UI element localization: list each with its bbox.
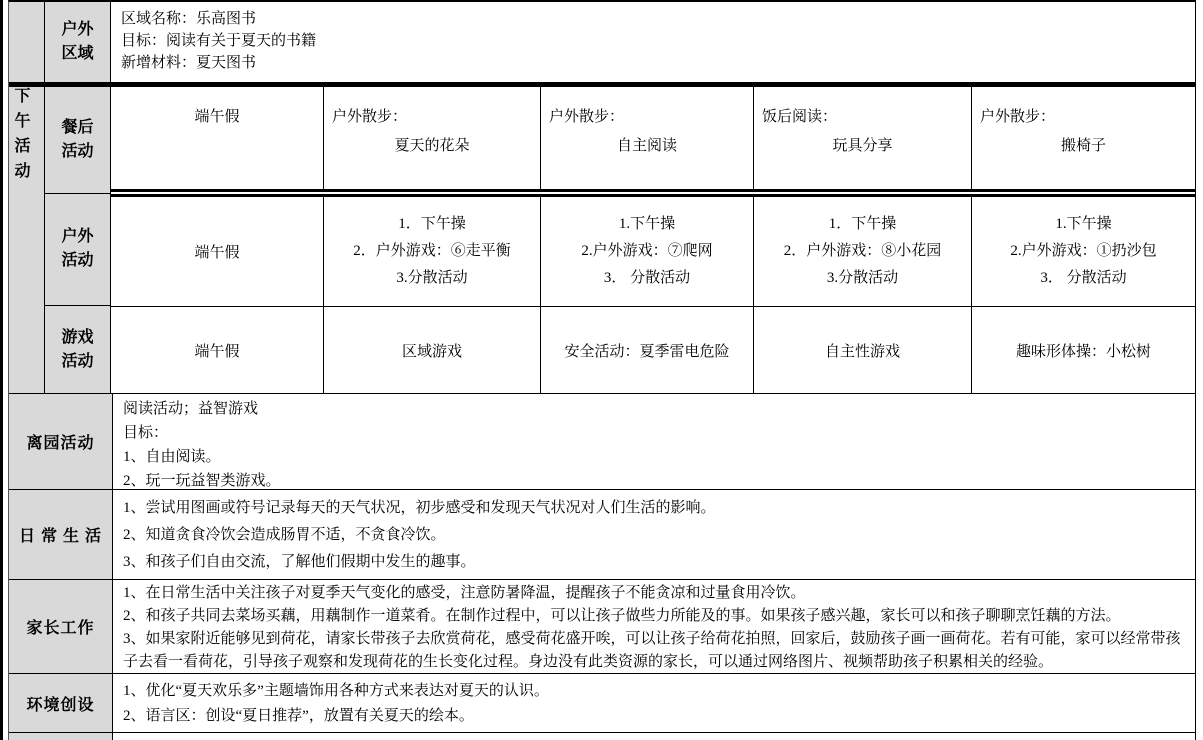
cell-text: 3.分散活动 <box>754 265 971 292</box>
environment-content: 1、优化“夏天欢乐多”主题墙饰用各种方式来表达对夏天的认识。 2、语言区：创设“… <box>113 674 1195 732</box>
parent-work-label: 家长工作 <box>9 580 113 673</box>
environment-label: 环境创设 <box>9 674 113 732</box>
text-line: 2、语言区：创设“夏日推荐”，放置有关夏天的绘本。 <box>123 704 1185 729</box>
label-line: 游戏 <box>61 326 93 350</box>
games-row: 端午假 区域游戏 安全活动：夏季雷电危险 自主性游戏 趣味形体操：小松树 <box>111 307 1195 394</box>
text-line: 目标：阅读有关于夏天的书籍 <box>121 30 1185 52</box>
cell-text: 饭后阅读： <box>754 105 971 126</box>
outdoor-cell-2: 1．下午操 2．户外游戏：⑥走平衡 3.分散活动 <box>324 197 541 306</box>
cell-text: 趣味形体操：小松树 <box>1016 340 1151 361</box>
label-line: 户外 <box>61 225 93 249</box>
after-meal-cell-2: 户外散步： 夏天的花朵 <box>324 87 541 189</box>
parent-work-content: 1、在日常生活中关注孩子对夏季天气变化的感受，注意防暑降温，提醒孩子不能贪凉和过… <box>113 580 1195 673</box>
partial-next-row-content <box>113 733 1195 740</box>
outdoor-area-label: 户外 区域 <box>45 2 111 82</box>
cell-text: 1．下午操 <box>754 211 971 238</box>
daily-life-section: 日 常 生 活 1、尝试用图画或符号记录每天的天气状况，初步感受和发现天气状况对… <box>9 490 1195 580</box>
cell-text: 1.下午操 <box>541 211 753 238</box>
outdoor-cell-5: 1.下午操 2.户外游戏：①扔沙包 3． 分散活动 <box>972 197 1195 306</box>
games-cell-5: 趣味形体操：小松树 <box>972 307 1195 394</box>
daily-life-label: 日 常 生 活 <box>9 490 113 579</box>
cell-text: 2．户外游戏：⑧小花园 <box>754 238 971 265</box>
afternoon-row-labels: 餐后 活动 户外 活动 游戏 活动 <box>45 87 111 393</box>
games-activity-label: 游戏 活动 <box>45 306 110 393</box>
double-line-separator <box>111 189 1195 197</box>
cell-text: 自主性游戏 <box>825 340 900 361</box>
cell-text: 1．下午操 <box>324 211 540 238</box>
cell-text: 2．户外游戏：⑥走平衡 <box>324 238 540 265</box>
schedule-page: 户外 区域 区域名称：乐高图书 目标：阅读有关于夏天的书籍 新增材料：夏天图书 … <box>0 0 1203 740</box>
text-line: 目标： <box>123 421 1185 445</box>
cell-text: 2.户外游戏：⑦爬网 <box>541 238 753 265</box>
cell-text: 搬椅子 <box>972 134 1195 155</box>
cell-text: 端午假 <box>194 340 239 361</box>
daily-life-content: 1、尝试用图画或符号记录每天的天气状况，初步感受和发现天气状况对人们生活的影响。… <box>113 490 1195 579</box>
games-cell-2: 区域游戏 <box>324 307 541 394</box>
text-line: 区域名称：乐高图书 <box>121 8 1185 30</box>
text-line: 1、在日常生活中关注孩子对夏季天气变化的感受，注意防暑降温，提醒孩子不能贪凉和过… <box>123 582 1185 605</box>
cell-text: 夏天的花朵 <box>324 134 540 155</box>
outdoor-cell-3: 1.下午操 2.户外游戏：⑦爬网 3． 分散活动 <box>541 197 754 306</box>
text-line: 1、自由阅读。 <box>123 445 1185 469</box>
text-line: 1、尝试用图画或符号记录每天的天气状况，初步感受和发现天气状况对人们生活的影响。 <box>123 495 1185 522</box>
cell-text: 3． 分散活动 <box>541 265 753 292</box>
environment-section: 环境创设 1、优化“夏天欢乐多”主题墙饰用各种方式来表达对夏天的认识。 2、语言… <box>9 674 1195 733</box>
outdoor-activity-row: 端午假 1．下午操 2．户外游戏：⑥走平衡 3.分散活动 1.下午操 2.户外游… <box>111 197 1195 307</box>
after-meal-cell-1: 端午假 <box>111 87 324 189</box>
outdoor-area-label-line1: 户外 <box>61 18 93 42</box>
text-line: 3、和孩子们自由交流，了解他们假期中发生的趣事。 <box>123 549 1185 576</box>
cell-text: 安全活动：夏季雷电危险 <box>564 340 729 361</box>
leaving-activity-content: 阅读活动；益智游戏 目标： 1、自由阅读。 2、玩一玩益智类游戏。 <box>113 394 1195 489</box>
outdoor-area-row: 户外 区域 区域名称：乐高图书 目标：阅读有关于夏天的书籍 新增材料：夏天图书 <box>9 2 1195 82</box>
text-line: 阅读活动；益智游戏 <box>123 397 1185 421</box>
outdoor-area-label-line2: 区域 <box>61 42 93 66</box>
outdoor-activity-label: 户外 活动 <box>45 194 110 307</box>
label-line: 活动 <box>61 249 93 273</box>
cell-text: 玩具分享 <box>754 134 971 155</box>
schedule-table: 户外 区域 区域名称：乐高图书 目标：阅读有关于夏天的书籍 新增材料：夏天图书 … <box>8 0 1196 740</box>
cell-text: 区域游戏 <box>402 340 462 361</box>
parent-work-section: 家长工作 1、在日常生活中关注孩子对夏季天气变化的感受，注意防暑降温，提醒孩子不… <box>9 580 1195 674</box>
after-meal-cell-5: 户外散步： 搬椅子 <box>972 87 1195 189</box>
after-meal-label: 餐后 活动 <box>45 87 110 194</box>
cell-text: 2.户外游戏：①扔沙包 <box>972 238 1195 265</box>
text-line: 1、优化“夏天欢乐多”主题墙饰用各种方式来表达对夏天的认识。 <box>123 679 1185 704</box>
text-line: 3、如果家附近能够见到荷花，请家长带孩子去欣赏荷花，感受荷花盛开唉，可以让孩子给… <box>123 628 1185 674</box>
games-cell-1: 端午假 <box>111 307 324 394</box>
text-line: 2、和孩子共同去菜场买藕，用藕制作一道菜肴。在制作过程中，可以让孩子做些力所能及… <box>123 605 1185 628</box>
games-cell-4: 自主性游戏 <box>754 307 972 394</box>
leaving-activity-label: 离园活动 <box>9 394 113 489</box>
outdoor-cell-1: 端午假 <box>111 197 324 306</box>
cell-text: 端午假 <box>194 241 239 262</box>
cell-text: 3.分散活动 <box>324 265 540 292</box>
cell-text: 1.下午操 <box>972 211 1195 238</box>
cell-text: 户外散步： <box>972 105 1195 126</box>
cell-text: 端午假 <box>111 105 323 126</box>
cell-text: 户外散步： <box>541 105 753 126</box>
outdoor-area-content: 区域名称：乐高图书 目标：阅读有关于夏天的书籍 新增材料：夏天图书 <box>111 2 1195 82</box>
text-line: 新增材料：夏天图书 <box>121 52 1185 74</box>
after-meal-cell-4: 饭后阅读： 玩具分享 <box>754 87 972 189</box>
partial-next-row <box>9 733 1195 740</box>
text-line: 2、知道贪食冷饮会造成肠胃不适，不贪食冷饮。 <box>123 522 1185 549</box>
afternoon-activities-block: 下午活动 餐后 活动 户外 活动 游戏 活动 <box>9 87 1195 394</box>
label-line: 活动 <box>61 350 93 374</box>
partial-next-row-label <box>9 733 113 740</box>
outdoor-cell-4: 1．下午操 2．户外游戏：⑧小花园 3.分散活动 <box>754 197 972 306</box>
games-cell-3: 安全活动：夏季雷电危险 <box>541 307 754 394</box>
left-thick-border <box>0 0 3 740</box>
cell-text: 户外散步： <box>324 105 540 126</box>
label-line: 餐后 <box>61 116 93 140</box>
afternoon-grid: 端午假 户外散步： 夏天的花朵 户外散步： 自主阅读 饭后阅读： 玩具分享 <box>111 87 1195 393</box>
leaving-activity-section: 离园活动 阅读活动；益智游戏 目标： 1、自由阅读。 2、玩一玩益智类游戏。 <box>9 394 1195 490</box>
after-meal-cell-3: 户外散步： 自主阅读 <box>541 87 754 189</box>
after-meal-row: 端午假 户外散步： 夏天的花朵 户外散步： 自主阅读 饭后阅读： 玩具分享 <box>111 87 1195 189</box>
afternoon-side-label-cell: 下午活动 <box>9 87 45 393</box>
afternoon-side-label: 下午活动 <box>9 87 32 187</box>
outdoor-area-corner-cell <box>9 2 45 82</box>
cell-text: 自主阅读 <box>541 134 753 155</box>
label-line: 活动 <box>61 140 93 164</box>
cell-text: 3． 分散活动 <box>972 265 1195 292</box>
